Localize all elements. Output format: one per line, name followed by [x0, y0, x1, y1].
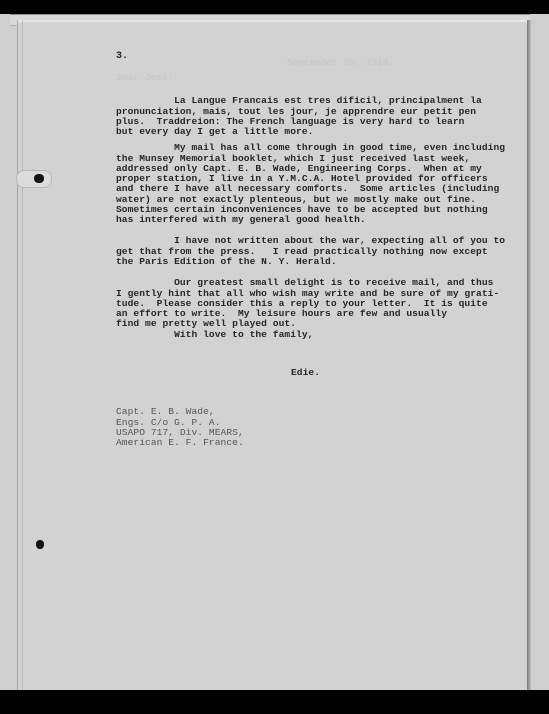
bleed-through-date: September 20, 1918.	[287, 57, 394, 68]
page-number: 3.	[116, 52, 128, 62]
page-right-edge	[527, 20, 531, 690]
address-block: Capt. E. B. Wade,Engs. C/o G. P. A.USAPO…	[116, 397, 244, 459]
bleed-through-salutation: Dear Jess:	[117, 72, 173, 83]
closing-line: With love to the family,	[116, 330, 313, 340]
punch-hole-bottom	[36, 540, 44, 549]
paragraph-2: My mail has all come through in good tim…	[116, 133, 505, 236]
text-line: the Paris Edition of the N. Y. Herald.	[116, 257, 505, 267]
address-line: American E. F. France.	[116, 438, 244, 448]
page-left-edge	[22, 20, 23, 690]
signature: Edie.	[291, 368, 320, 378]
text-line: has interfered with my general good heal…	[116, 215, 505, 225]
punch-hole-top	[34, 174, 44, 183]
